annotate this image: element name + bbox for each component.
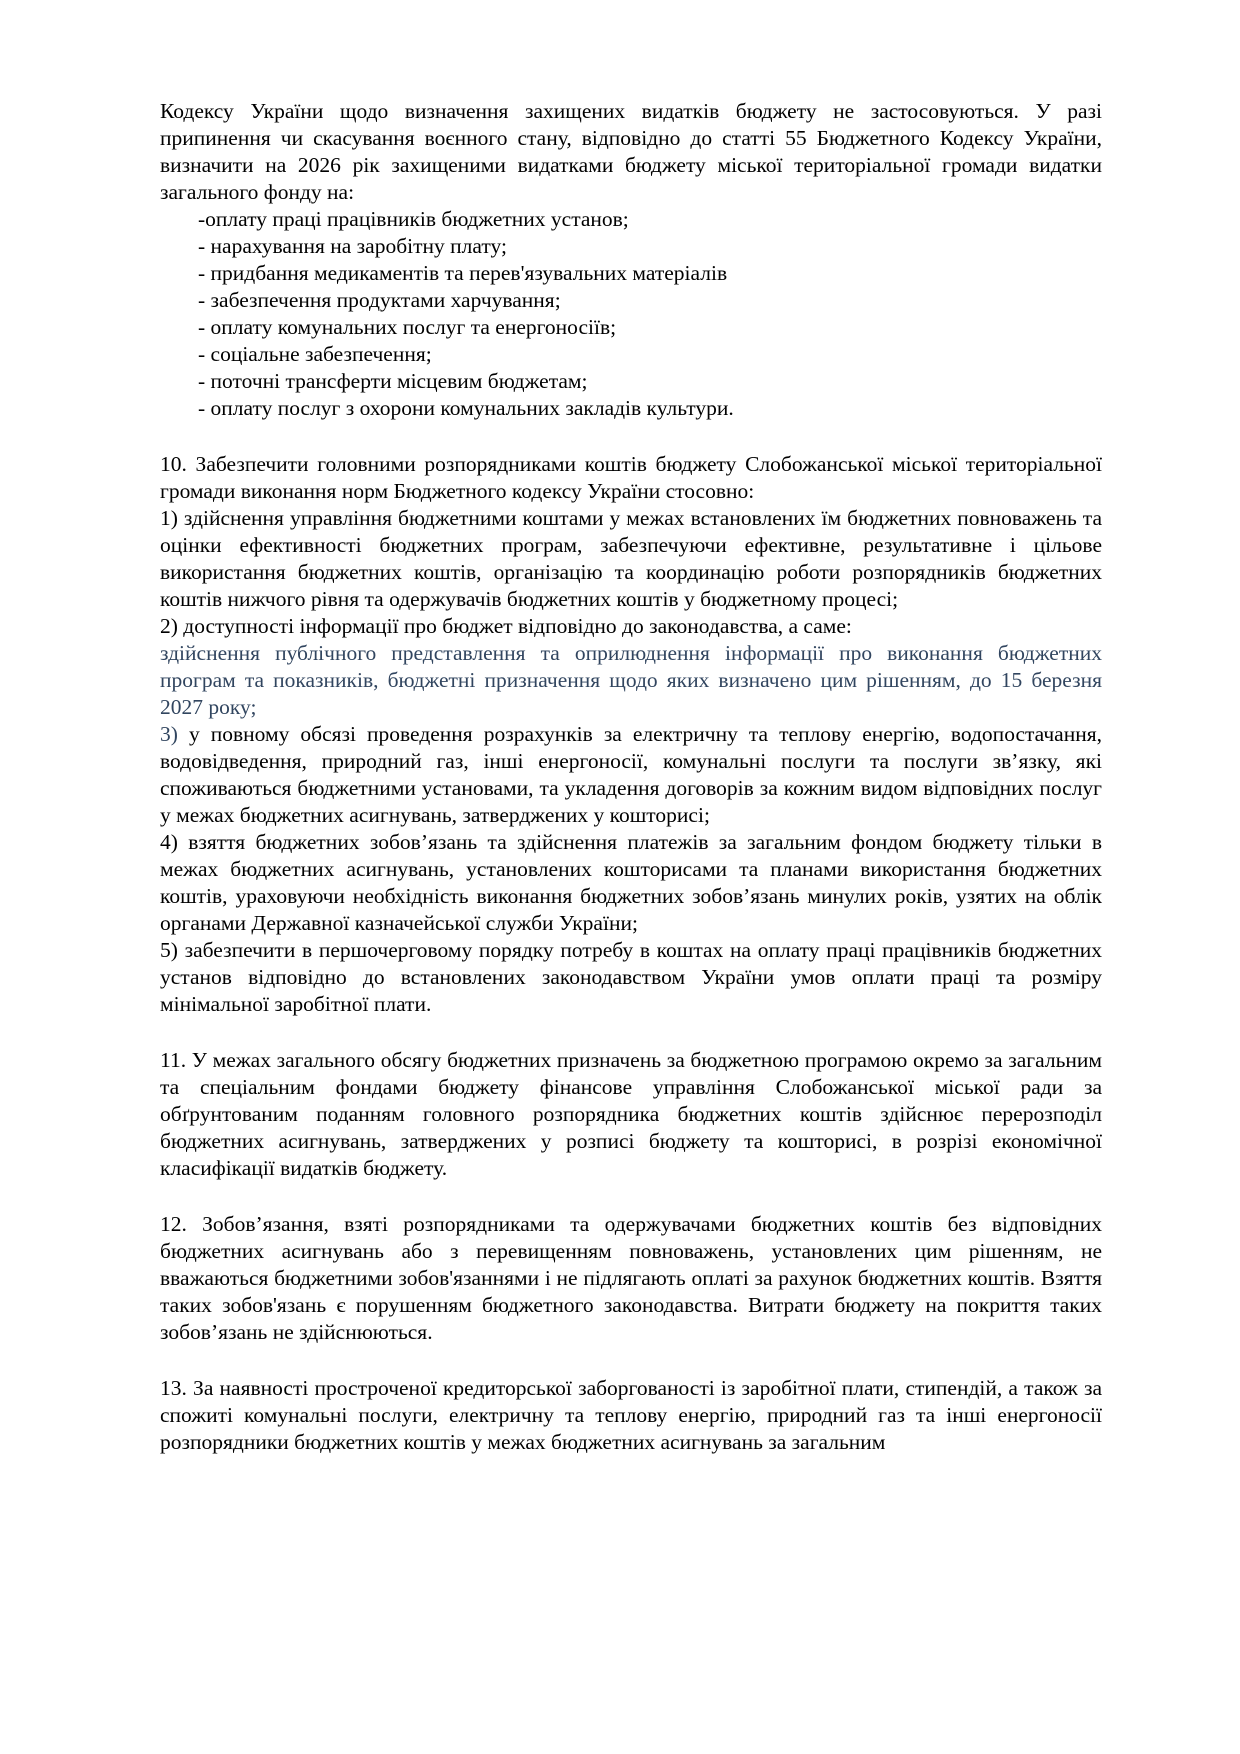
document-page: Кодексу України щодо визначення захищени… xyxy=(0,0,1240,1754)
intro-paragraph: Кодексу України щодо визначення захищени… xyxy=(160,98,1102,206)
protected-expenditures-list: -оплату праці працівників бюджетних уста… xyxy=(160,206,1102,422)
list-item: - оплату послуг з охорони комунальних за… xyxy=(160,395,1102,422)
item-10-sub-5: 5) забезпечити в першочерговому порядку … xyxy=(160,937,1102,1018)
list-item: - нарахування на заробітну плату; xyxy=(160,233,1102,260)
item-10-sub-3-text: у повному обсязі проведення розрахунків … xyxy=(160,722,1102,827)
item-10-sub-3-marker: 3) xyxy=(160,722,178,746)
item-10-heading: 10. Забезпечити головними розпорядниками… xyxy=(160,451,1102,505)
list-item: - поточні трансферти місцевим бюджетам; xyxy=(160,368,1102,395)
list-item: - оплату комунальних послуг та енергонос… xyxy=(160,314,1102,341)
item-12-paragraph: 12. Зобов’язання, взяті розпорядниками т… xyxy=(160,1211,1102,1346)
list-item: - придбання медикаментів та перев'язувал… xyxy=(160,260,1102,287)
item-10-sub-2-publication-note: здійснення публічного представлення та о… xyxy=(160,640,1102,721)
item-10-sub-3: 3) у повному обсязі проведення розрахунк… xyxy=(160,721,1102,829)
list-item: -оплату праці працівників бюджетних уста… xyxy=(160,206,1102,233)
list-item: - забезпечення продуктами харчування; xyxy=(160,287,1102,314)
list-item: - соціальне забезпечення; xyxy=(160,341,1102,368)
item-10-sub-4: 4) взяття бюджетних зобов’язань та здійс… xyxy=(160,829,1102,937)
item-10-sub-1: 1) здійснення управління бюджетними кошт… xyxy=(160,505,1102,613)
item-11-paragraph: 11. У межах загального обсягу бюджетних … xyxy=(160,1047,1102,1182)
item-13-paragraph: 13. За наявності простроченої кредиторсь… xyxy=(160,1375,1102,1456)
item-10-sub-2: 2) доступності інформації про бюджет від… xyxy=(160,613,1102,640)
